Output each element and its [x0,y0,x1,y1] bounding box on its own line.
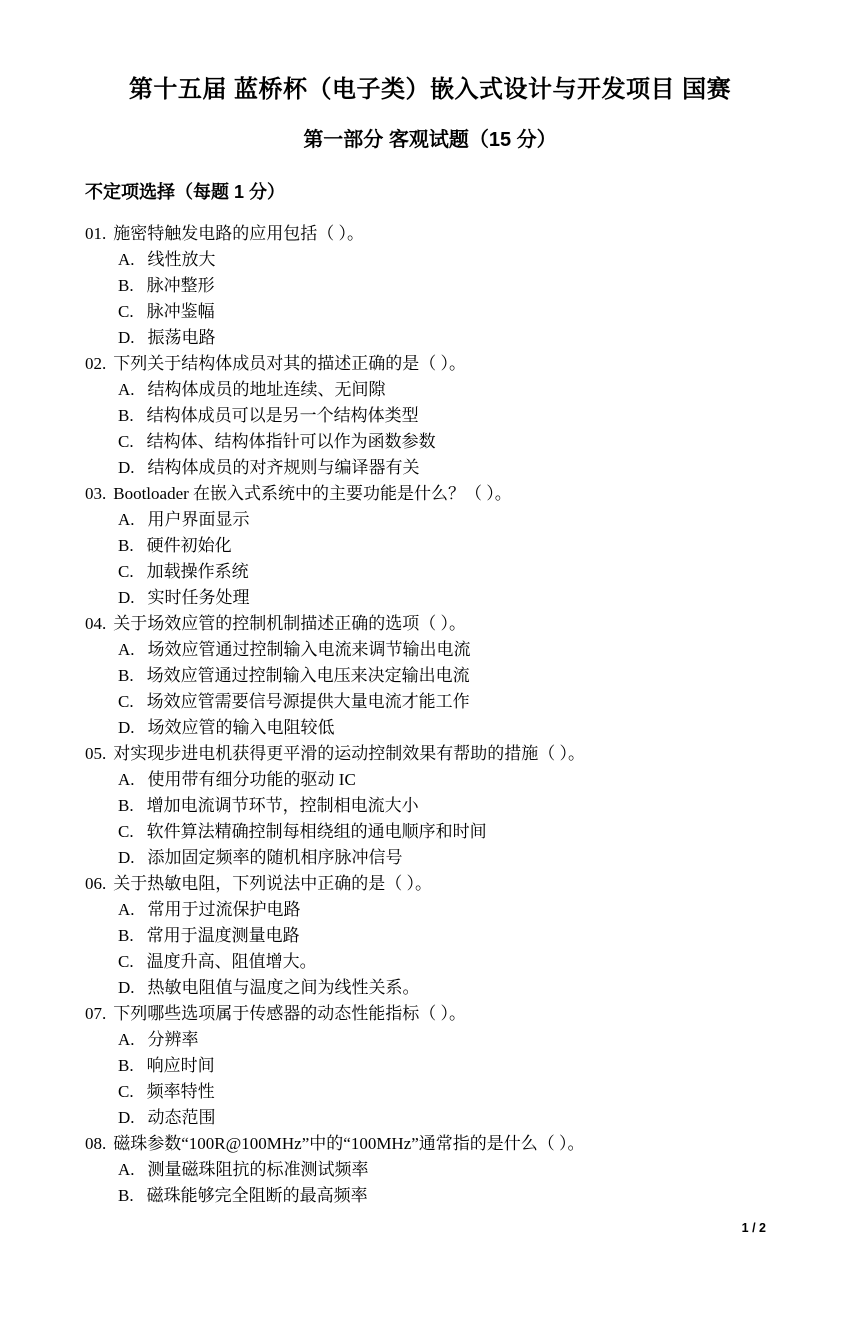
option-row: A.常用于过流保护电路 [85,897,775,923]
option-row: B.常用于温度测量电路 [85,923,775,949]
option-text: 磁珠能够完全阻断的最高频率 [147,1186,368,1205]
option-label: A. [118,377,135,403]
option-row: B.场效应管通过控制输入电压来决定输出电流 [85,663,775,689]
option-text: 软件算法精确控制每相绕组的通电顺序和时间 [147,822,487,841]
question-text: 关于场效应管的控制机制描述正确的选项（ ）。 [113,614,466,633]
question-text: 下列哪些选项属于传感器的动态性能指标（ ）。 [113,1004,466,1023]
question-number: 01. [85,221,106,247]
question-stem: 04.关于场效应管的控制机制描述正确的选项（ ）。 [85,611,775,637]
section-heading: 不定项选择（每题 1 分） [85,180,775,204]
option-text: 加载操作系统 [147,562,249,581]
option-row: D.添加固定频率的随机相序脉冲信号 [85,845,775,871]
option-text: 场效应管需要信号源提供大量电流才能工作 [147,692,470,711]
option-row: A.分辨率 [85,1027,775,1053]
option-row: C.频率特性 [85,1079,775,1105]
option-label: B. [118,403,134,429]
option-text: 频率特性 [147,1082,215,1101]
question-number: 02. [85,351,106,377]
option-label: A. [118,247,135,273]
question-item: 04.关于场效应管的控制机制描述正确的选项（ ）。A.场效应管通过控制输入电流来… [85,611,775,741]
option-text: 动态范围 [148,1108,216,1127]
option-label: D. [118,845,135,871]
option-text: 场效应管通过控制输入电流来调节输出电流 [148,640,471,659]
option-label: D. [118,585,135,611]
option-row: D.实时任务处理 [85,585,775,611]
option-label: C. [118,949,134,975]
option-label: A. [118,1157,135,1183]
option-text: 响应时间 [147,1056,215,1075]
question-stem: 06.关于热敏电阻，下列说法中正确的是（ ）。 [85,871,775,897]
option-text: 使用带有细分功能的驱动 IC [148,770,356,789]
option-text: 脉冲整形 [147,276,215,295]
option-text: 结构体、结构体指针可以作为函数参数 [147,432,436,451]
option-text: 用户界面显示 [148,510,250,529]
option-label: D. [118,1105,135,1131]
question-item: 02.下列关于结构体成员对其的描述正确的是（ ）。A.结构体成员的地址连续、无间… [85,351,775,481]
question-number: 05. [85,741,106,767]
option-label: A. [118,507,135,533]
option-text: 实时任务处理 [148,588,250,607]
option-text: 结构体成员的地址连续、无间隙 [148,380,386,399]
option-row: A.测量磁珠阻抗的标准测试频率 [85,1157,775,1183]
option-row: C.脉冲鉴幅 [85,299,775,325]
option-row: D.动态范围 [85,1105,775,1131]
question-number: 08. [85,1131,106,1157]
option-text: 添加固定频率的随机相序脉冲信号 [148,848,403,867]
option-text: 热敏电阻值与温度之间为线性关系。 [148,978,420,997]
option-row: A.线性放大 [85,247,775,273]
option-label: C. [118,299,134,325]
option-label: C. [118,559,134,585]
question-text: Bootloader 在嵌入式系统中的主要功能是什么？（ ）。 [113,484,512,503]
page-title: 第十五届 蓝桥杯（电子类）嵌入式设计与开发项目 国赛 [85,74,775,106]
option-row: A.结构体成员的地址连续、无间隙 [85,377,775,403]
option-label: B. [118,793,134,819]
option-text: 线性放大 [148,250,216,269]
option-row: A.使用带有细分功能的驱动 IC [85,767,775,793]
option-row: C.结构体、结构体指针可以作为函数参数 [85,429,775,455]
questions-list: 01.施密特触发电路的应用包括（ ）。A.线性放大B.脉冲整形C.脉冲鉴幅D.振… [85,221,775,1209]
option-row: C.加载操作系统 [85,559,775,585]
option-row: B.响应时间 [85,1053,775,1079]
option-row: A.用户界面显示 [85,507,775,533]
option-text: 常用于温度测量电路 [147,926,300,945]
option-row: D.场效应管的输入电阻较低 [85,715,775,741]
option-text: 脉冲鉴幅 [147,302,215,321]
option-label: C. [118,689,134,715]
option-row: B.脉冲整形 [85,273,775,299]
question-item: 03.Bootloader 在嵌入式系统中的主要功能是什么？（ ）。A.用户界面… [85,481,775,611]
question-text: 施密特触发电路的应用包括（ ）。 [113,224,364,243]
option-label: D. [118,975,135,1001]
option-row: C.温度升高、阻值增大。 [85,949,775,975]
option-label: A. [118,1027,135,1053]
option-text: 分辨率 [148,1030,199,1049]
option-label: C. [118,819,134,845]
question-stem: 08.磁珠参数“100R@100MHz”中的“100MHz”通常指的是什么（ ）… [85,1131,775,1157]
option-text: 结构体成员的对齐规则与编译器有关 [148,458,420,477]
option-row: A.场效应管通过控制输入电流来调节输出电流 [85,637,775,663]
question-stem: 01.施密特触发电路的应用包括（ ）。 [85,221,775,247]
question-item: 05.对实现步进电机获得更平滑的运动控制效果有帮助的措施（ ）。A.使用带有细分… [85,741,775,871]
option-label: B. [118,923,134,949]
option-label: B. [118,533,134,559]
exam-page: 第十五届 蓝桥杯（电子类）嵌入式设计与开发项目 国赛 第一部分 客观试题（15 … [0,0,860,1320]
option-label: B. [118,663,134,689]
question-stem: 05.对实现步进电机获得更平滑的运动控制效果有帮助的措施（ ）。 [85,741,775,767]
option-row: B.结构体成员可以是另一个结构体类型 [85,403,775,429]
option-label: B. [118,273,134,299]
option-label: A. [118,897,135,923]
question-number: 04. [85,611,106,637]
option-label: B. [118,1183,134,1209]
part-title: 第一部分 客观试题（15 分） [85,127,775,153]
option-row: C.软件算法精确控制每相绕组的通电顺序和时间 [85,819,775,845]
option-text: 常用于过流保护电路 [148,900,301,919]
option-row: B.硬件初始化 [85,533,775,559]
option-label: D. [118,455,135,481]
option-text: 场效应管通过控制输入电压来决定输出电流 [147,666,470,685]
question-number: 06. [85,871,106,897]
option-label: C. [118,429,134,455]
option-text: 振荡电路 [148,328,216,347]
option-text: 场效应管的输入电阻较低 [148,718,335,737]
question-stem: 07.下列哪些选项属于传感器的动态性能指标（ ）。 [85,1001,775,1027]
option-row: D.振荡电路 [85,325,775,351]
question-text: 对实现步进电机获得更平滑的运动控制效果有帮助的措施（ ）。 [113,744,585,763]
option-label: D. [118,325,135,351]
option-label: A. [118,637,135,663]
option-row: C.场效应管需要信号源提供大量电流才能工作 [85,689,775,715]
option-label: D. [118,715,135,741]
question-item: 08.磁珠参数“100R@100MHz”中的“100MHz”通常指的是什么（ ）… [85,1131,775,1209]
question-text: 下列关于结构体成员对其的描述正确的是（ ）。 [113,354,466,373]
page-number: 1 / 2 [742,1220,766,1236]
question-number: 03. [85,481,106,507]
question-item: 06.关于热敏电阻，下列说法中正确的是（ ）。A.常用于过流保护电路B.常用于温… [85,871,775,1001]
question-item: 07.下列哪些选项属于传感器的动态性能指标（ ）。A.分辨率B.响应时间C.频率… [85,1001,775,1131]
option-row: D.热敏电阻值与温度之间为线性关系。 [85,975,775,1001]
option-text: 硬件初始化 [147,536,232,555]
option-label: B. [118,1053,134,1079]
question-item: 01.施密特触发电路的应用包括（ ）。A.线性放大B.脉冲整形C.脉冲鉴幅D.振… [85,221,775,351]
question-stem: 02.下列关于结构体成员对其的描述正确的是（ ）。 [85,351,775,377]
option-label: A. [118,767,135,793]
option-row: B.增加电流调节环节，控制相电流大小 [85,793,775,819]
question-stem: 03.Bootloader 在嵌入式系统中的主要功能是什么？（ ）。 [85,481,775,507]
question-number: 07. [85,1001,106,1027]
question-text: 磁珠参数“100R@100MHz”中的“100MHz”通常指的是什么（ ）。 [113,1134,584,1153]
question-text: 关于热敏电阻，下列说法中正确的是（ ）。 [113,874,432,893]
option-label: C. [118,1079,134,1105]
option-text: 测量磁珠阻抗的标准测试频率 [148,1160,369,1179]
option-row: D.结构体成员的对齐规则与编译器有关 [85,455,775,481]
option-text: 温度升高、阻值增大。 [147,952,317,971]
option-text: 增加电流调节环节，控制相电流大小 [147,796,419,815]
option-row: B.磁珠能够完全阻断的最高频率 [85,1183,775,1209]
option-text: 结构体成员可以是另一个结构体类型 [147,406,419,425]
